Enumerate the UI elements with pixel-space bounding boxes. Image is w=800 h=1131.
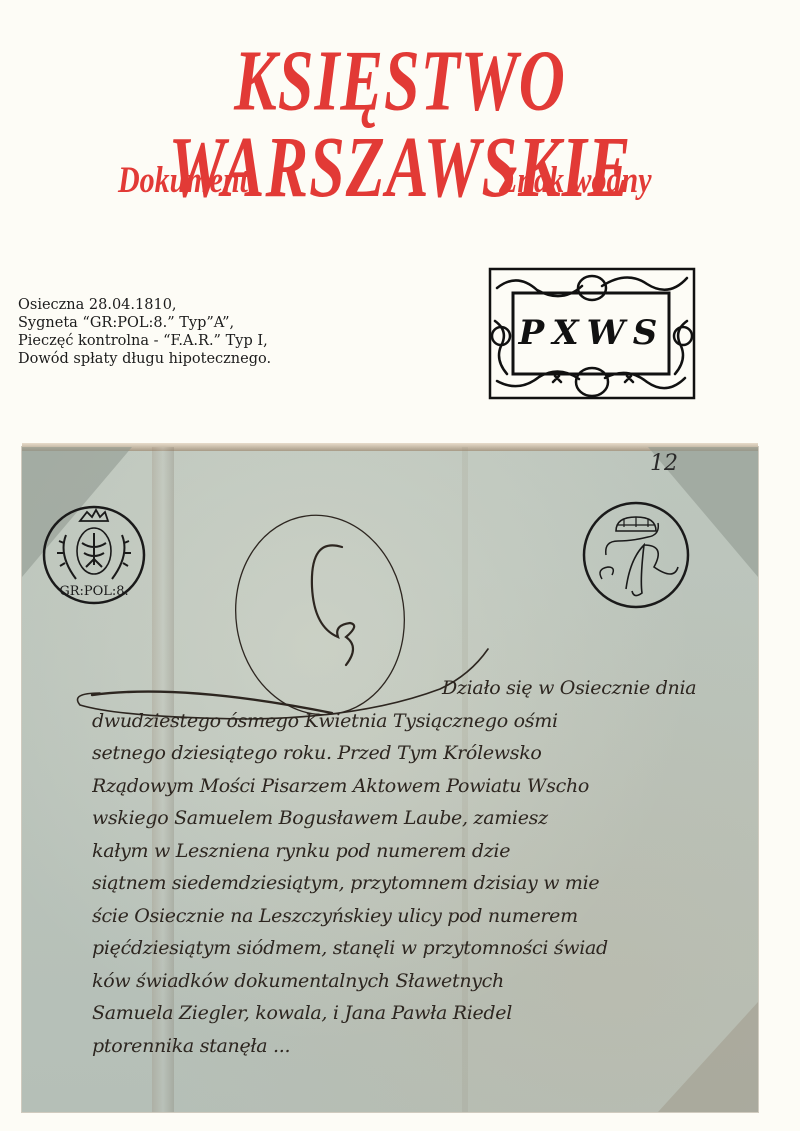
- handwriting-line: kałym w Leszniena rynku pod numerem dzie: [92, 835, 752, 868]
- handwriting-line: ptorennika stanęła ...: [92, 1030, 752, 1063]
- section-label-watermark: Znak wodny: [499, 162, 652, 200]
- handwriting-line: pięćdziesiątym siódmem, stanęli w przyto…: [92, 932, 752, 965]
- historic-document-scan: 12 GR:POL:8. Dzi: [22, 447, 758, 1112]
- handwriting-line: ście Osiecznie na Leszczyńskiey ulicy po…: [92, 900, 752, 933]
- watermark-drawing: PXWS: [487, 266, 697, 401]
- caption-line: Sygneta “GR:POL:8.” Typ”A”,: [18, 314, 271, 332]
- handwriting-line: dwudziestego ósmego Kwietnia Tysiącznego…: [92, 705, 752, 738]
- handwriting-line: ków świadków dokumentalnych Sławetnych: [92, 965, 752, 998]
- section-label-document: Dokument: [118, 162, 248, 200]
- ornamental-frame-icon: PXWS: [487, 266, 697, 401]
- handwriting-line: siątnem siedemdziesiątym, przytomnem dzi…: [92, 867, 752, 900]
- handwriting-line: Działo się w Osiecznie dnia: [92, 672, 752, 705]
- caption-line: Pieczęć kontrolna - “F.A.R.” Typ I,: [18, 332, 271, 350]
- handwritten-text: Działo się w Osiecznie dnia dwudziestego…: [92, 672, 752, 1062]
- handwriting-line: wskiego Samuelem Bogusławem Laube, zamie…: [92, 802, 752, 835]
- document-caption: Osieczna 28.04.1810, Sygneta “GR:POL:8.”…: [18, 296, 271, 368]
- caption-line: Dowód spłaty długu hipotecznego.: [18, 350, 271, 368]
- caption-line: Osieczna 28.04.1810,: [18, 296, 271, 314]
- handwriting-line: setnego dziesiątego roku. Przed Tym Król…: [92, 737, 752, 770]
- handwriting-line: Samuela Ziegler, kowala, i Jana Pawła Ri…: [92, 997, 752, 1030]
- svg-text:PXWS: PXWS: [518, 313, 666, 353]
- handwriting-line: Rządowym Mości Pisarzem Aktowem Powiatu …: [92, 770, 752, 803]
